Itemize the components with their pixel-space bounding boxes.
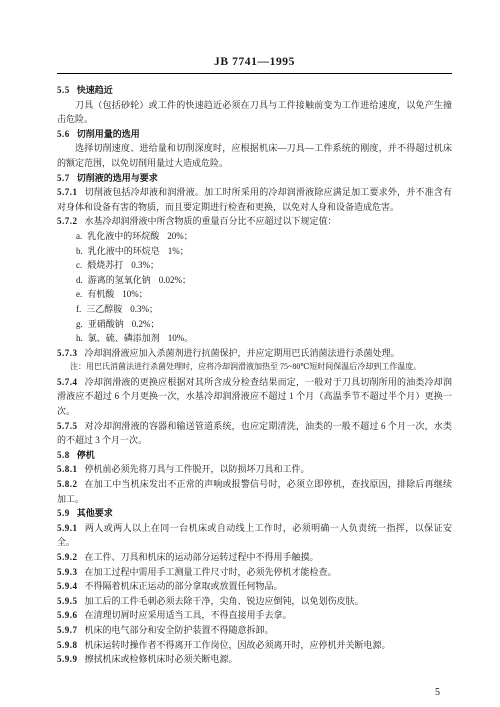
clause-5.9.5: 5.9.5加工后的工件毛刺必须去除干净，尖角、锐边应倒钝，以免划伤皮肤。 [57,594,452,609]
paragraph: 刀具（包括砂轮）或工件的快速趋近必须在刀具与工件接触前变为工作进给速度，以免产生… [57,98,452,127]
clause-heading-5.8: 5.8停机 [57,448,452,463]
clause-number: 5.9.8 [57,640,78,650]
clause-number: 5.6 [57,129,70,139]
clause-number: 5.8 [57,450,70,460]
clause-number: 5.8.2 [57,479,78,489]
clause-5.7.5: 5.7.5对冷却润滑液的容器和输送管道系统，也应定期清洗，油类的一般不超过 6 … [57,419,452,448]
list-item-label: b. [76,246,83,256]
clause-5.9.8: 5.9.8机床运转时操作者不得离开工作岗位，因故必须离开时，应停机并关断电源。 [57,638,452,653]
clause-text: 冷却润滑液的更换应根据对其所含成分检查结果而定，一般对于刀具切削所用的油类冷却润… [57,377,452,416]
clause-5.9.3: 5.9.3在加工过程中需用手工测量工件尺寸时，必须先停机才能检查。 [57,565,452,580]
list-item-a: a.乳化液中的环烷酸20%； [57,229,452,244]
clause-5.7.2: 5.7.2水基冷却润滑液中所含物质的重量百分比不应超过以下规定值： [57,214,452,229]
list-item-f: f.三乙醇胺0.3%； [57,302,452,317]
clause-text: 冷却润滑液应加入杀菌剂进行抗菌保护，并应定期用巴氏消菌法进行杀菌处理。 [85,348,400,358]
clause-text: 加工后的工件毛刺必须去除干净，尖角、锐边应倒钝，以免划伤皮肤。 [85,596,364,606]
clause-5.8.2: 5.8.2在加工中当机床发出不正常的声响或报警信号时，必须立即停机，查找原因，排… [57,477,452,506]
list-item-text: 有机酸 [87,289,114,299]
clause-title: 停机 [77,450,95,460]
clause-text: 停机前必须先将刀具与工件脱开，以防损坏刀具和工件。 [85,464,310,474]
clause-5.9.7: 5.9.7机床的电气部分和安全防护装置不得随意拆卸。 [57,623,452,638]
standard-code-header: JB 7741—1995 [57,55,452,69]
list-item-value: 10%。 [168,333,194,343]
list-item-c: c.煅烧苏打0.3%； [57,258,452,273]
list-item-value: 0.2%； [132,319,160,329]
list-item-text: 乳化液中的环烷皂 [88,246,160,256]
clause-number: 5.7.4 [57,377,78,387]
list-item-value: 1%； [168,246,189,256]
list-item-text: 乳化液中的环烷酸 [87,231,159,241]
clause-text: 切削液包括冷却液和润滑液。加工时所采用的冷却润滑液除应满足加工要求外，并不准含有… [57,187,452,212]
page-number: 5 [57,687,452,698]
clause-heading-5.9: 5.9其他要求 [57,506,452,521]
list-item-b: b.乳化液中的环烷皂1%； [57,244,452,259]
clause-text: 两人或两人以上在同一台机床或自动线上工作时，必须明确一人负责统一指挥，以保证安全… [57,523,452,548]
list-item-label: c. [76,260,82,270]
clause-title: 切削用量的选用 [77,129,140,139]
clause-number: 5.8.1 [57,464,78,474]
clause-number: 5.7 [57,173,70,183]
clause-number: 5.9.7 [57,625,78,635]
clause-5.7.1: 5.7.1切削液包括冷却液和润滑液。加工时所采用的冷却润滑液除应满足加工要求外，… [57,185,452,214]
list-item-value: 20%； [167,231,193,241]
document-body: 5.5快速趋近刀具（包括砂轮）或工件的快速趋近必须在刀具与工件接触前变为工作进给… [57,83,452,667]
clause-heading-5.6: 5.6切削用量的选用 [57,127,452,142]
clause-title: 快速趋近 [77,85,113,95]
clause-number: 5.9.3 [57,567,78,577]
list-item-e: e.有机酸10%； [57,287,452,302]
list-item-label: f. [76,304,81,314]
paragraph: 选择切削速度、进给量和切削深度时，应根据机床—刀具—工件系统的刚度，并不得超过机… [57,141,452,170]
clause-text: 在工件、刀具和机床的运动部分运转过程中不得用手触摸。 [85,552,319,562]
header-rule [57,73,452,74]
clause-text: 在加工中当机床发出不正常的声响或报警信号时，必须立即停机，查找原因，排除后再继续… [57,479,452,504]
list-item-text: 游离的氢氧化钠 [88,275,151,285]
list-item-text: 煅烧苏打 [87,260,123,270]
clause-text: 对冷却润滑液的容器和输送管道系统，也应定期清洗，油类的一般不超过 6 个月一次，… [57,421,452,446]
list-item-value: 10%； [122,289,148,299]
clause-5.9.9: 5.9.9擦拭机床或检修机床时必须关断电源。 [57,652,452,667]
clause-number: 5.7.5 [57,421,78,431]
list-item-text: 氯、硫、磷添加剂 [88,333,160,343]
clause-text: 水基冷却润滑液中所含物质的重量百分比不应超过以下规定值： [85,216,337,226]
clause-number: 5.9.6 [57,610,78,620]
clause-number: 5.9.9 [57,654,78,664]
clause-number: 5.7.2 [57,216,78,226]
list-item-text: 三乙醇胺 [86,304,122,314]
list-item-label: e. [76,289,82,299]
list-item-value: 0.3%； [131,260,159,270]
clause-text: 擦拭机床或检修机床时必须关断电源。 [85,654,238,664]
note: 注：用巴氏消菌法进行杀菌处理时，应将冷却润滑液加热至 75~80℃短时间保温后冷… [57,360,452,375]
clause-5.9.1: 5.9.1两人或两人以上在同一台机床或自动线上工作时，必须明确一人负责统一指挥，… [57,521,452,550]
page-margins: JB 7741—1995 5.5快速趋近刀具（包括砂轮）或工件的快速趋近必须在刀… [0,0,500,698]
list-item-g: g.亚硝酸钠0.2%； [57,317,452,332]
list-item-value: 0.02%； [159,275,191,285]
clause-heading-5.5: 5.5快速趋近 [57,83,452,98]
clause-text: 在清理切屑时应采用适当工具，不得直接用手去拿。 [85,610,292,620]
clause-5.7.4: 5.7.4冷却润滑液的更换应根据对其所含成分检查结果而定，一般对于刀具切削所用的… [57,375,452,419]
clause-title: 切削液的选用与要求 [77,173,158,183]
list-item-label: g. [76,319,83,329]
clause-number: 5.9.5 [57,596,78,606]
clause-text: 不得隔着机床正运动的部分拿取或放置任何物品。 [85,581,283,591]
clause-5.9.6: 5.9.6在清理切屑时应采用适当工具，不得直接用手去拿。 [57,608,452,623]
clause-number: 5.7.3 [57,348,78,358]
list-item-label: d. [76,275,83,285]
clause-text: 机床的电气部分和安全防护装置不得随意拆卸。 [85,625,274,635]
clause-5.9.2: 5.9.2在工件、刀具和机床的运动部分运转过程中不得用手触摸。 [57,550,452,565]
list-item-text: 亚硝酸钠 [88,319,124,329]
clause-number: 5.9.2 [57,552,78,562]
list-item-label: h. [76,333,83,343]
document-page: JB 7741—1995 5.5快速趋近刀具（包括砂轮）或工件的快速趋近必须在刀… [0,0,500,707]
list-item-value: 0.3%； [130,304,158,314]
list-item-h: h.氯、硫、磷添加剂10%。 [57,331,452,346]
clause-number: 5.9 [57,508,70,518]
clause-5.7.3: 5.7.3冷却润滑液应加入杀菌剂进行抗菌保护，并应定期用巴氏消菌法进行杀菌处理。 [57,346,452,361]
clause-number: 5.7.1 [57,187,78,197]
list-item-label: a. [76,231,82,241]
clause-text: 在加工过程中需用手工测量工件尺寸时，必须先停机才能检查。 [85,567,337,577]
clause-number: 5.9.4 [57,581,78,591]
clause-5.8.1: 5.8.1停机前必须先将刀具与工件脱开，以防损坏刀具和工件。 [57,462,452,477]
clause-number: 5.5 [57,85,70,95]
clause-5.9.4: 5.9.4不得隔着机床正运动的部分拿取或放置任何物品。 [57,579,452,594]
clause-text: 机床运转时操作者不得离开工作岗位，因故必须离开时，应停机并关断电源。 [85,640,391,650]
clause-number: 5.9.1 [57,523,78,533]
clause-heading-5.7: 5.7切削液的选用与要求 [57,171,452,186]
list-item-d: d.游离的氢氧化钠0.02%； [57,273,452,288]
clause-title: 其他要求 [77,508,113,518]
